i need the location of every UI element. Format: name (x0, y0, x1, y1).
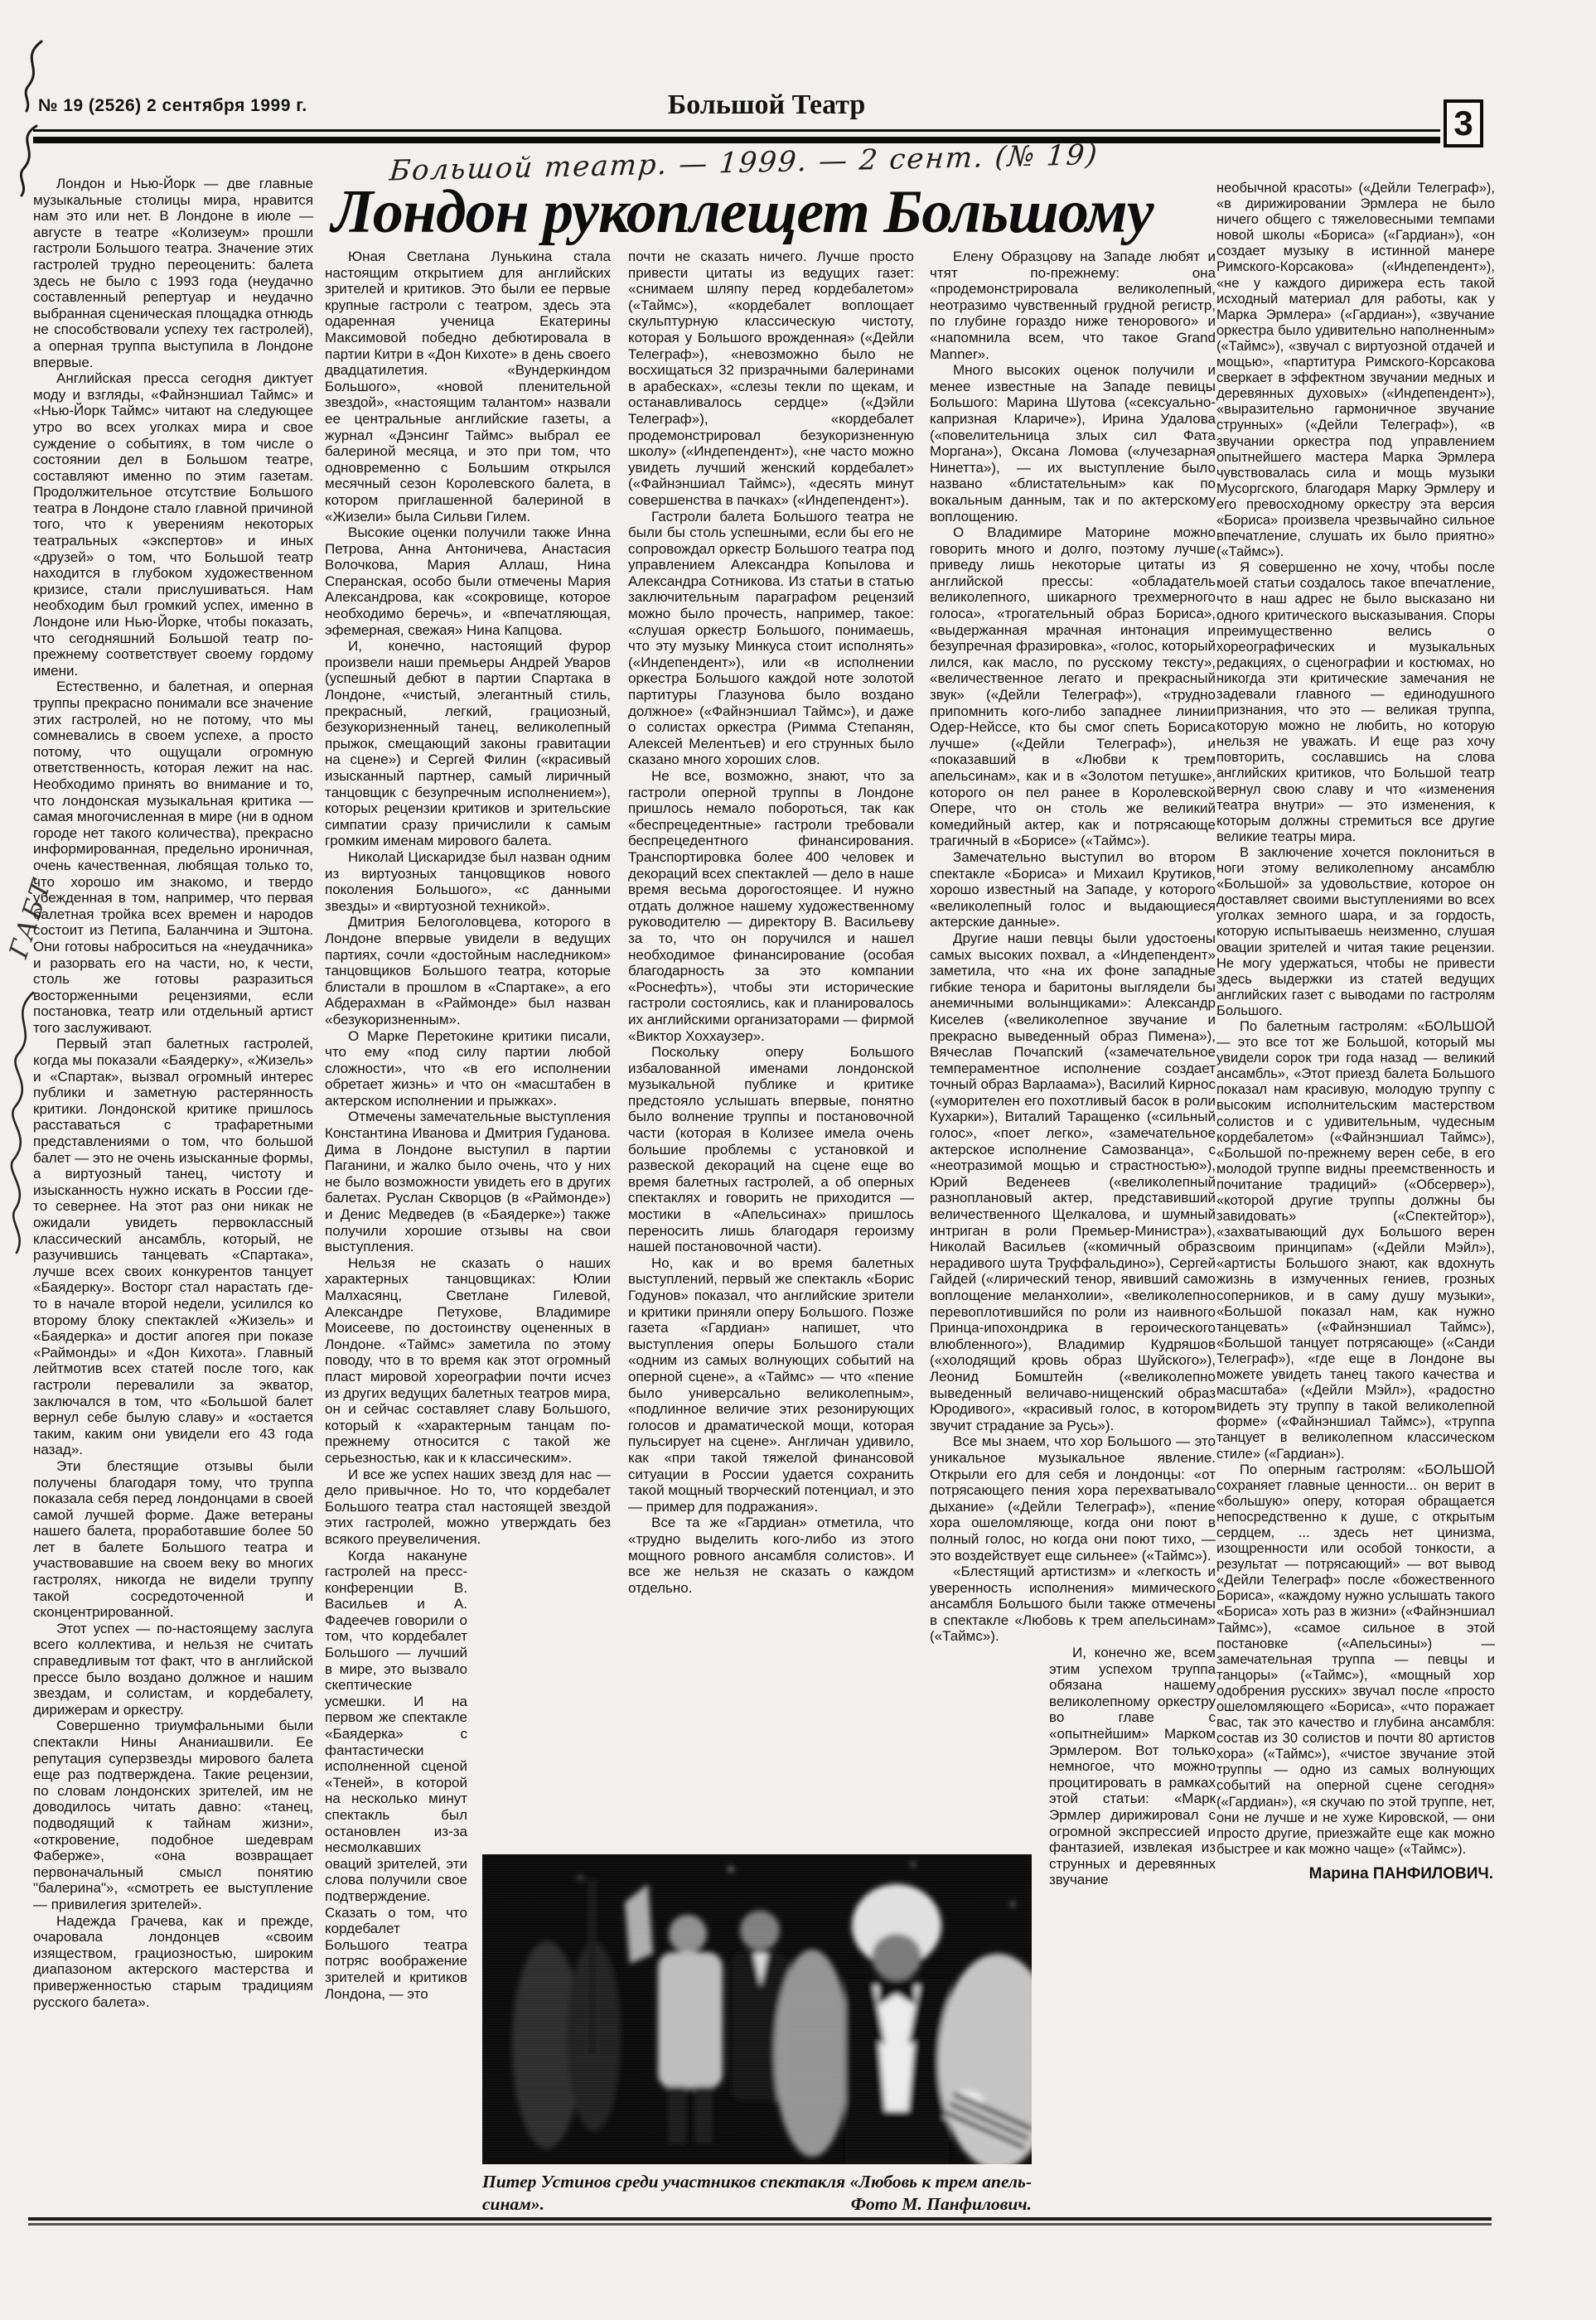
paragraph: Нельзя не сказать о наших характерных та… (325, 1255, 611, 1467)
article-byline: Марина ПАНФИЛОВИЧ. (1216, 1866, 1495, 1882)
article-column-1: Лондон и Нью-Йорк — две главные музыкаль… (33, 176, 313, 2206)
paragraph: Английская пресса сегодня диктует моду и… (33, 370, 313, 679)
photo-grain-overlay (482, 1854, 1032, 2164)
paragraph: Совершенно триумфальными были спектакли … (33, 1718, 313, 1912)
header-rule (33, 129, 1440, 143)
paragraph: Николай Цискаридзе был назван одним из в… (325, 849, 611, 914)
column-3-text: почти не сказать ничего. Лучше просто пр… (628, 249, 914, 1596)
paragraph: Отмечены замечательные выступления Конст… (325, 1109, 611, 1254)
page-number-box: 3 (1444, 99, 1483, 147)
paragraph: По оперным гастролям: «БОЛЬШОЙ сохраняет… (1216, 1462, 1495, 1858)
paragraph: Высокие оценки получили также Инна Петро… (325, 524, 611, 638)
paragraph: Естественно, и балетная, и оперная трупп… (33, 679, 313, 1036)
photo-caption: Питер Устинов среди участников спектакля… (482, 2171, 1032, 2216)
paragraph: Елену Образцову на Западе любят и чтят п… (930, 249, 1216, 362)
paragraph: Юная Светлана Лунькина стала настоящим о… (325, 249, 611, 524)
paragraph: И, конечно, настоящий фурор произвели на… (325, 638, 611, 849)
paragraph: Этот успех — по-настоящему заслуга всего… (33, 1621, 313, 1718)
paragraph: Замечательно выступил во втором спектакл… (930, 849, 1216, 930)
article-headline: Лондон рукоплещет Большому (331, 177, 1210, 248)
column-4-text: Елену Образцову на Западе любят и чтят п… (930, 249, 1216, 1645)
paragraph: Первый этап балетных гастролей, когда мы… (33, 1036, 313, 1457)
paragraph: Лондон и Нью-Йорк — две главные музыкаль… (33, 176, 313, 370)
issue-date: № 19 (2526) 2 сентября 1999 г. (38, 96, 307, 116)
paragraph: Поскольку оперу Большого избалованной им… (628, 1044, 914, 1255)
paragraph: Все та же «Гардиан» отметила, что «трудн… (628, 1515, 914, 1596)
article-column-5: необычной красоты» («Дейли Телеграф»), «… (1216, 181, 1495, 2219)
section-title: Большой Театр (630, 89, 903, 121)
paragraph: Все мы знаем, что хор Большого — это уни… (930, 1433, 1216, 1564)
column-5-text: необычной красоты» («Дейли Телеграф»), «… (1216, 181, 1495, 1858)
footer-rule (28, 2217, 1492, 2226)
paragraph: О Марке Перетокине критики писали, что е… (325, 1028, 611, 1109)
photo-peter-ustinov (482, 1854, 1032, 2164)
paragraph: Не все, возможно, знают, что за гастроли… (628, 768, 914, 1044)
paragraph: Другие наши певцы были удостоены самых в… (930, 930, 1216, 1433)
paragraph: необычной красоты» («Дейли Телеграф»), «… (1216, 181, 1495, 560)
paragraph: Гастроли балета Большого театра не были … (628, 509, 914, 769)
column-1-text: Лондон и Нью-Йорк — две главные музыкаль… (33, 176, 313, 2010)
paragraph: Но, как и во время балетных выступлений,… (628, 1255, 914, 1515)
paragraph: О Владимире Маторине можно говорить мног… (930, 524, 1216, 849)
photo-credit: Фото М. Панфилович. (851, 2193, 1032, 2216)
paragraph: Эти блестящие отзывы были получены благо… (33, 1458, 313, 1621)
newspaper-page: { "page": { "issue": "№ 19 (2526) 2 сент… (0, 0, 1596, 2320)
paragraph: Дмитрия Белоголовцева, которого в Лондон… (325, 914, 611, 1027)
paragraph: Надежда Грачева, как и прежде, очаровала… (33, 1913, 313, 2011)
paragraph: почти не сказать ничего. Лучше просто пр… (628, 249, 914, 509)
paragraph: «Блестящий артистизм» и «легкость и увер… (930, 1564, 1216, 1645)
paragraph: Много высоких оценок получили и менее из… (930, 362, 1216, 524)
paragraph: И все же успех наших звезд для нас — дел… (325, 1467, 611, 1548)
paragraph: В заключение хочется поклониться в ноги … (1216, 845, 1495, 1019)
caption-line-2: синам». (482, 2193, 544, 2216)
article-column-3: почти не сказать ничего. Лучше просто пр… (628, 249, 914, 1854)
paragraph: Я совершенно не хочу, чтобы после моей с… (1216, 560, 1495, 845)
caption-line-1: Питер Устинов среди участников спектакля… (482, 2171, 1032, 2193)
paragraph: По балетным гастролям: «БОЛЬШОЙ — это вс… (1216, 1019, 1495, 1462)
column-2-text: Юная Светлана Лунькина стала настоящим о… (325, 249, 611, 1548)
